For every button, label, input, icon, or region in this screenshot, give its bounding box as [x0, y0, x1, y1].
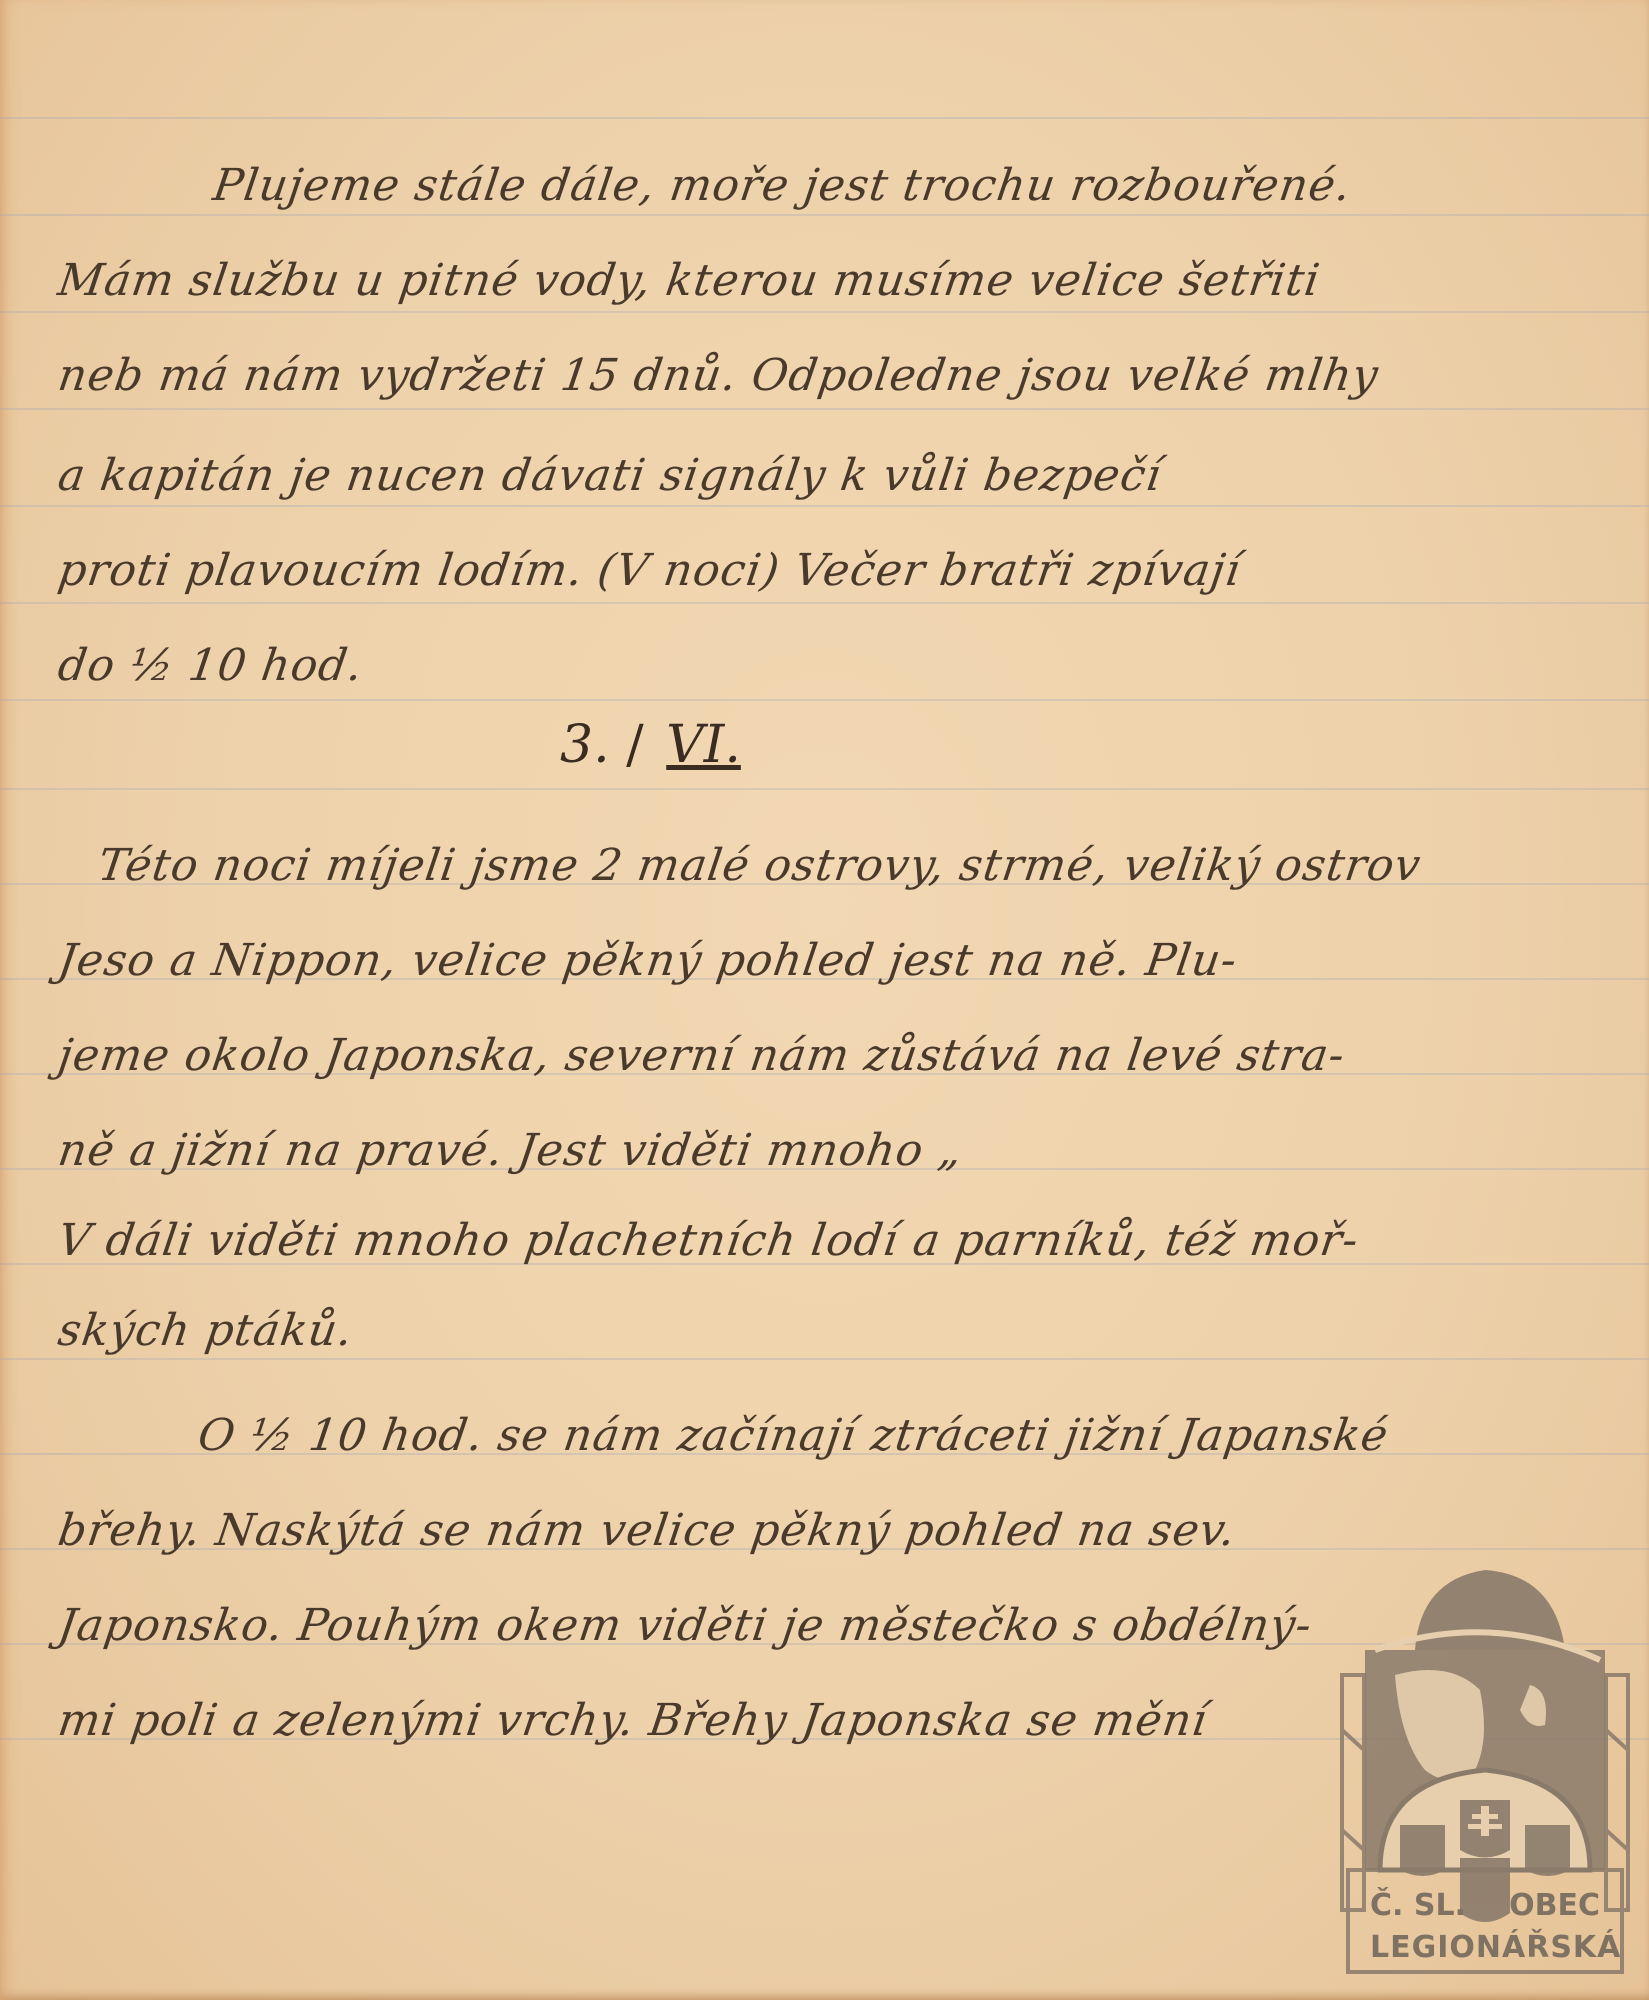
ruled-line	[0, 214, 1649, 216]
handwritten-line: neb má nám vydržeti 15 dnů. Odpoledne js…	[0, 350, 1649, 401]
handwritten-line: proti plavoucím lodím. (V noci) Večer br…	[0, 545, 1649, 596]
diary-page: Plujeme stále dále, moře jest trochu roz…	[0, 0, 1649, 2000]
date-month: VI.	[666, 715, 741, 775]
handwritten-line: ských ptáků.	[0, 1305, 1649, 1356]
handwritten-line: a kapitán je nucen dávati signály k vůli…	[0, 450, 1649, 501]
emblem-text-obec: OBEC	[1509, 1888, 1600, 1923]
handwritten-line: ně a jižní na pravé. Jest viděti mnoho „	[0, 1125, 1649, 1176]
ruled-line	[0, 699, 1649, 701]
ruled-line	[0, 1358, 1649, 1360]
emblem-text-csl: Č. SL.	[1370, 1888, 1466, 1923]
handwritten-line: O ½ 10 hod. se nám začínají ztráceti již…	[0, 1410, 1649, 1461]
handwritten-line: jeme okolo Japonska, severní nám zůstává…	[0, 1030, 1649, 1081]
ruled-line	[0, 788, 1649, 790]
emblem-caption-top: Č. SL. OBEC	[1370, 1888, 1600, 1923]
handwritten-line: Jeso a Nippon, velice pěkný pohled jest …	[0, 935, 1649, 986]
date-day: 3.	[560, 715, 610, 775]
ruled-line	[0, 408, 1649, 410]
emblem-caption-bottom: LEGIONÁŘSKÁ	[1370, 1930, 1600, 1965]
ruled-line	[0, 505, 1649, 507]
handwritten-line: Této noci míjeli jsme 2 malé ostrovy, st…	[0, 840, 1649, 891]
handwritten-line: V dáli viděti mnoho plachetních lodí a p…	[0, 1215, 1649, 1266]
handwritten-line: Plujeme stále dále, moře jest trochu roz…	[0, 160, 1649, 211]
ruled-line	[0, 602, 1649, 604]
ruled-line	[0, 117, 1649, 119]
handwritten-line: do ½ 10 hod.	[0, 640, 1649, 691]
date-heading: 3. / VI.	[560, 715, 741, 775]
handwritten-line: Mám službu u pitné vody, kterou musíme v…	[0, 255, 1649, 306]
ruled-line	[0, 311, 1649, 313]
legionnaire-emblem-icon: Č. SL. OBEC LEGIONÁŘSKÁ	[1340, 1540, 1630, 1980]
